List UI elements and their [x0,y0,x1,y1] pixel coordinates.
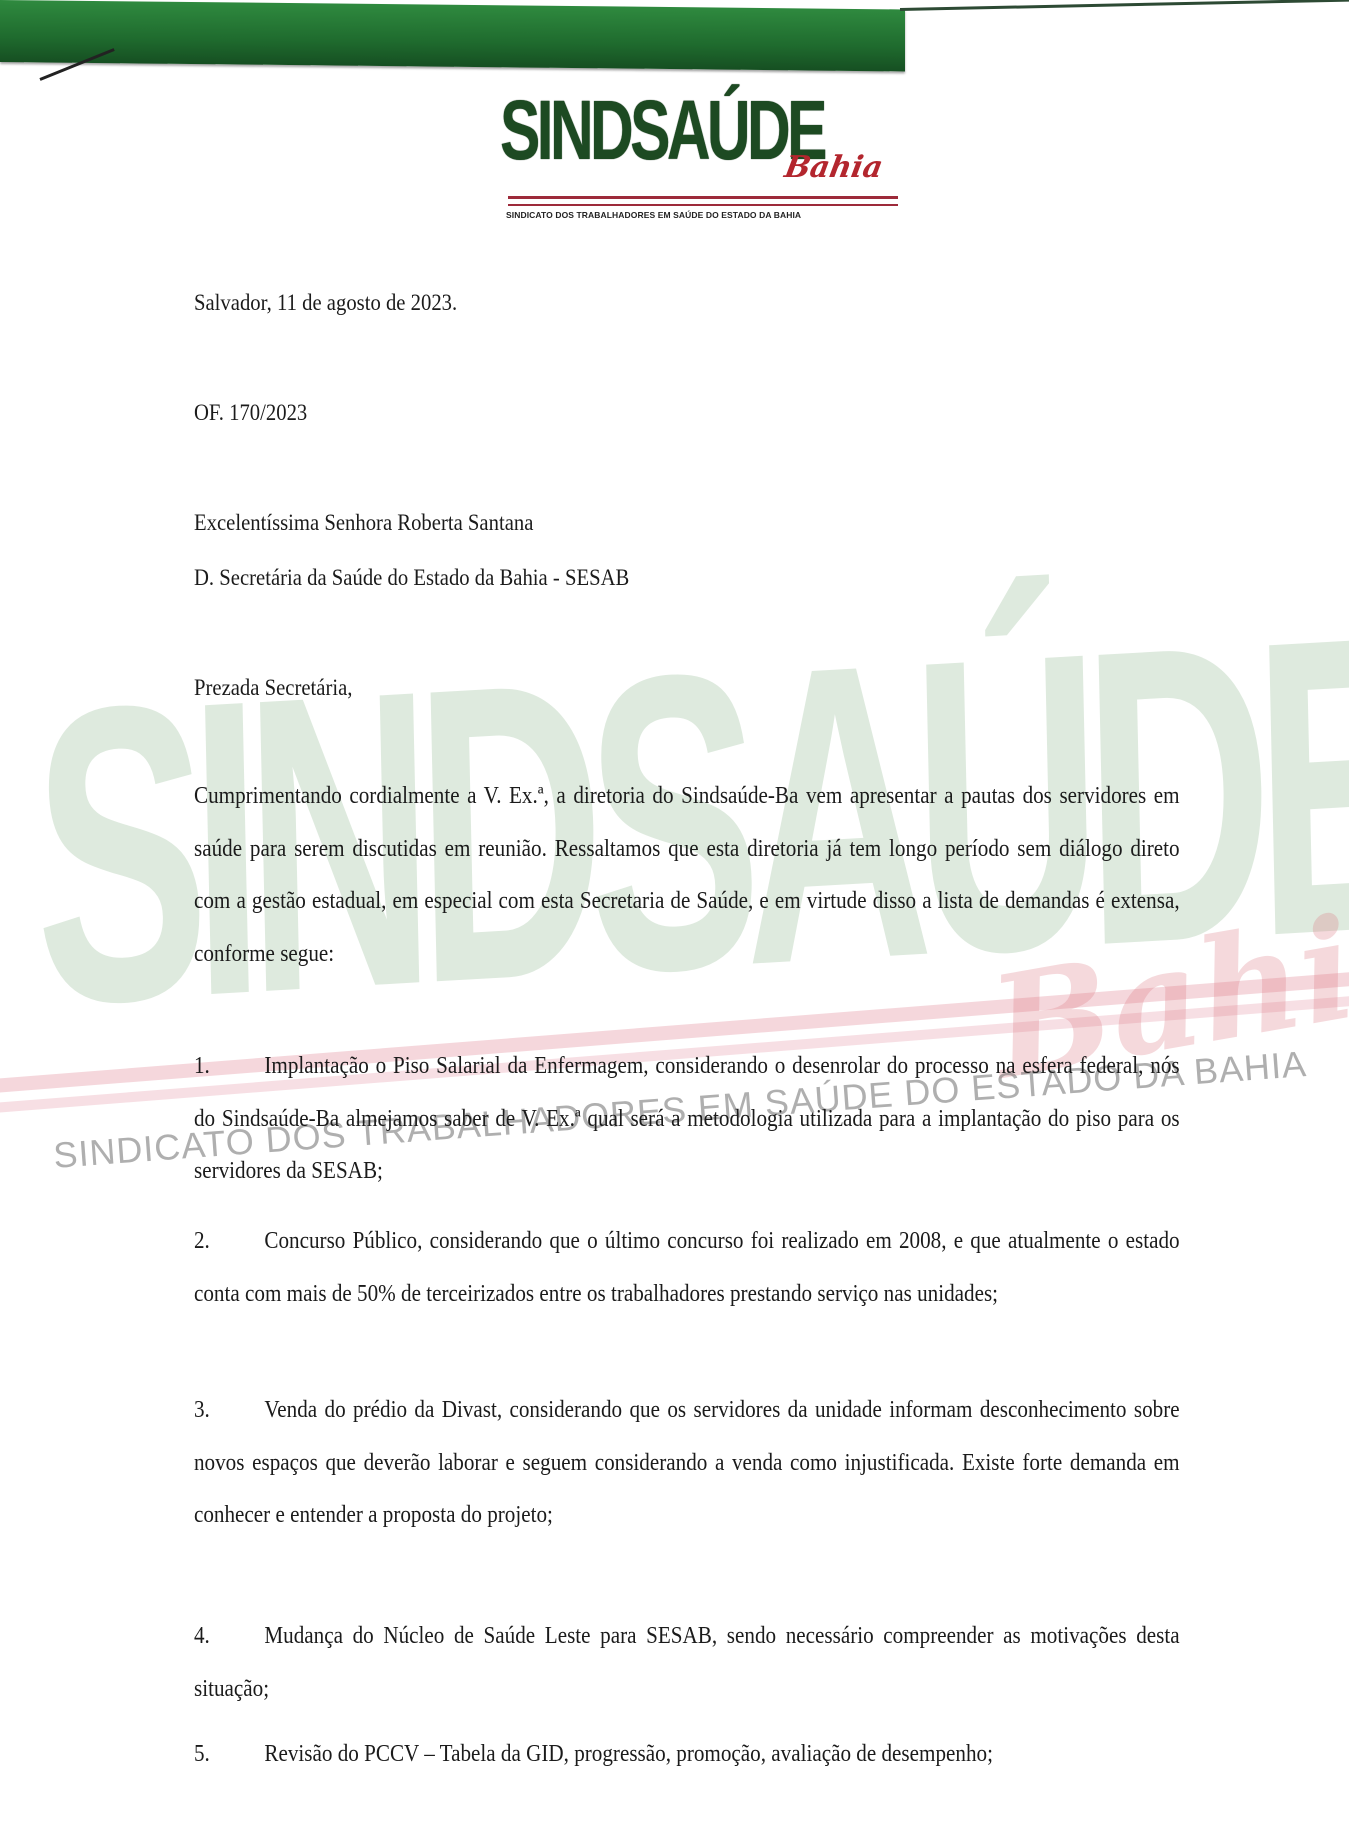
logo-rule [508,204,898,206]
item-text: Implantação o Piso Salarial da Enfermage… [194,1053,1180,1184]
item-number: 5. [194,1728,264,1781]
item-text: Revisão do PCCV – Tabela da GID, progres… [264,1741,993,1767]
item-number: 3. [194,1384,264,1437]
item-number: 2. [194,1215,264,1268]
item-number: 4. [194,1610,264,1663]
recipient-title: D. Secretária da Saúde do Estado da Bahi… [194,567,1061,591]
logo-tagline: SINDICATO DOS TRABALHADORES EM SAÚDE DO … [506,210,906,220]
logo-wordmark: SINDSAÚDE [500,88,788,172]
letterhead-logo: SINDSAÚDE Bahia SINDICATO DOS TRABALHADO… [500,88,910,238]
item-text: Mudança do Núcleo de Saúde Leste para SE… [194,1623,1180,1702]
salutation: Prezada Secretária, [194,677,1061,701]
demand-item: 1.Implantação o Piso Salarial da Enferma… [194,1040,1180,1198]
letterhead-band-edge [900,0,1349,11]
item-number: 1. [194,1040,264,1093]
place-date: Salvador, 11 de agosto de 2023. [194,292,1061,316]
demand-item: 2.Concurso Público, considerando que o ú… [194,1215,1180,1320]
logo-subtitle: Bahia [782,150,886,185]
item-text: Venda do prédio da Divast, considerando … [194,1397,1180,1528]
intro-paragraph: Cumprimentando cordialmente a V. Ex.ª, a… [194,770,1180,980]
demand-item: 5.Revisão do PCCV – Tabela da GID, progr… [194,1728,1180,1781]
reference-number: OF. 170/2023 [194,402,1061,426]
recipient-name: Excelentíssima Senhora Roberta Santana [194,512,1061,536]
logo-rule [508,196,898,199]
item-text: Concurso Público, considerando que o últ… [194,1228,1180,1307]
demand-item: 3.Venda do prédio da Divast, considerand… [194,1384,1180,1542]
demand-item: 4.Mudança do Núcleo de Saúde Leste para … [194,1610,1180,1715]
letterhead-green-band [0,0,905,71]
